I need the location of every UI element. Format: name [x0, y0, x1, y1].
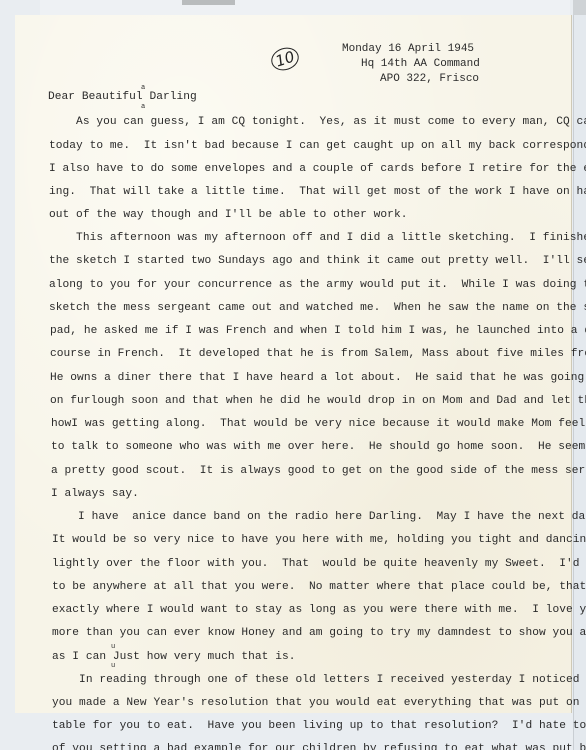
body-line: a pretty good scout. It is always good t…: [51, 465, 586, 477]
body-line: I always say.: [51, 488, 139, 500]
body-line: exactly where I would want to stay as lo…: [52, 604, 586, 616]
body-line: sketch the mess sergeant came out and wa…: [49, 302, 586, 314]
correction-mark: a: [141, 103, 145, 111]
body-line: along to you for your concurrence as the…: [49, 279, 586, 291]
letter-page: 10 Monday 16 April 1945 Hq 14th AA Comma…: [15, 15, 571, 713]
body-line: as I can Just how very much that is.: [52, 651, 296, 663]
letter-date: Monday 16 April 1945: [342, 44, 474, 55]
body-line: to be anywhere at all that you were. No …: [52, 581, 586, 593]
body-line: to talk to someone who was with me over …: [51, 441, 586, 453]
body-line: of you setting a bad example for our chi…: [52, 743, 586, 750]
correction-mark: u: [111, 662, 115, 670]
body-line: the sketch I started two Sundays ago and…: [49, 255, 586, 267]
body-line: out of the way though and I'll be able t…: [49, 209, 407, 221]
body-line: you made a New Year's resolution that yo…: [52, 697, 586, 709]
body-line: on furlough soon and that when he did he…: [50, 395, 586, 407]
body-line: table for you to eat. Have you been livi…: [52, 720, 586, 732]
handwritten-page-number: 10: [268, 44, 301, 74]
body-line: I have anice dance band on the radio her…: [51, 511, 586, 523]
body-line: It would be so very nice to have you her…: [52, 534, 586, 546]
body-line: today to me. It isn't bad because I can …: [49, 140, 586, 152]
body-line: pad, he asked me if I was French and whe…: [50, 325, 586, 337]
body-line: This afternoon was my afternoon off and …: [49, 232, 586, 244]
body-line: course in French. It developed that he i…: [50, 348, 586, 360]
body-line: lightly over the floor with you. That wo…: [52, 558, 586, 570]
sleeve-right-corner: [573, 0, 586, 15]
body-line: He owns a diner there that I have heard …: [50, 372, 586, 384]
correction-mark: a: [141, 84, 145, 92]
body-line: In reading through one of these old lett…: [52, 674, 586, 686]
body-line: As you can guess, I am CQ tonight. Yes, …: [49, 116, 586, 128]
letter-unit: Hq 14th AA Command: [361, 59, 480, 70]
archival-clip: [182, 0, 235, 5]
body-line: I also have to do some envelopes and a c…: [49, 163, 586, 175]
salutation: Dear Beautiful Darling: [48, 91, 197, 103]
correction-mark: u: [111, 643, 115, 651]
body-line: howI was getting along. That would be ve…: [51, 418, 586, 430]
sleeve-top-edge: [40, 0, 570, 16]
body-line: ing. That will take a little time. That …: [49, 186, 586, 198]
body-line: more than you can ever know Honey and am…: [52, 627, 586, 639]
letter-apo-address: APO 322, Frisco: [380, 74, 479, 85]
